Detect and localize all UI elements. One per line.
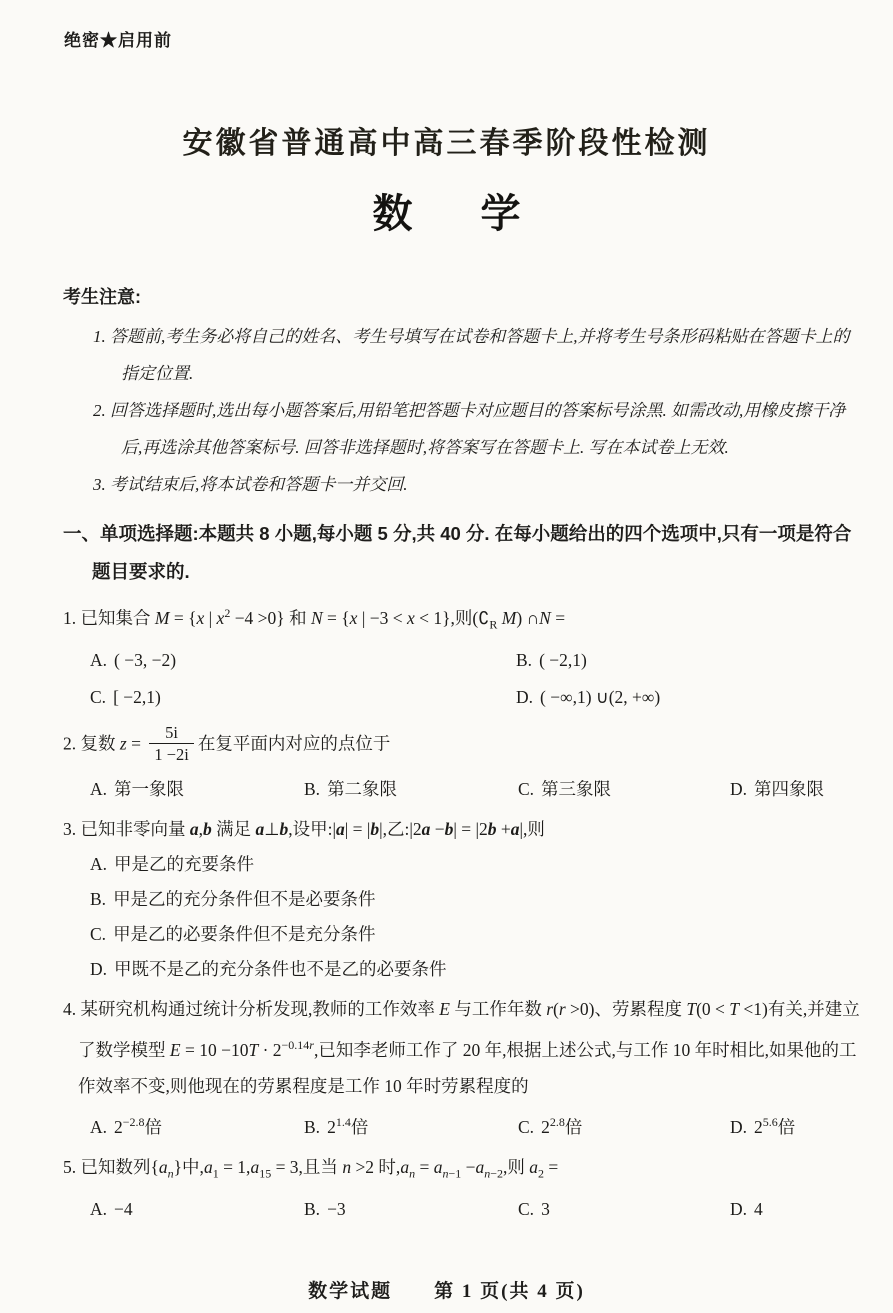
option-text: 甲是乙的必要条件但不是充分条件	[113, 924, 376, 944]
question-4: 4. 某研究机构通过统计分析发现,教师的工作效率 E 与工作年数 r(r >0)…	[63, 991, 866, 1145]
option-2-d: D.第四象限	[730, 771, 866, 807]
option-1-c: C.[ −2,1)	[90, 679, 516, 716]
option-text: 25.6倍	[754, 1117, 795, 1137]
question-5-stem: 5. 已知数列{an}中,a1 = 1,a15 = 3,且当 n >2 时,an…	[63, 1149, 866, 1192]
option-1-a: A.( −3, −2)	[90, 642, 516, 679]
question-5: 5. 已知数列{an}中,a1 = 1,a15 = 3,且当 n >2 时,an…	[63, 1149, 866, 1228]
option-2-c: C.第三象限	[518, 771, 730, 807]
page-footer: 数学试题 第 1 页(共 4 页)	[0, 1276, 893, 1303]
option-4-a: A.2−2.8倍	[90, 1104, 304, 1145]
option-text: 22.8倍	[541, 1117, 582, 1137]
option-label: C.	[90, 924, 106, 944]
classification-label: 绝密★启用前	[64, 26, 172, 51]
question-1: 1. 已知集合 M = {x | x2 −4 >0} 和 N = {x | −3…	[63, 595, 866, 716]
question-1-stem: 1. 已知集合 M = {x | x2 −4 >0} 和 N = {x | −3…	[63, 595, 866, 642]
option-3-c: C.甲是乙的必要条件但不是充分条件	[90, 917, 866, 952]
notice-item-1: 1. 答题前,考生务必将自己的姓名、考生号填写在试卷和答题卡上,并将考生号条形码…	[93, 318, 866, 392]
option-text: 甲是乙的充要条件	[114, 854, 254, 874]
option-1-b: B.( −2,1)	[516, 642, 866, 679]
option-label: D.	[730, 779, 747, 799]
option-5-b: B.−3	[304, 1191, 518, 1227]
question-4-stem: 4. 某研究机构通过统计分析发现,教师的工作效率 E 与工作年数 r(r >0)…	[63, 991, 866, 1104]
option-label: C.	[518, 1199, 534, 1219]
option-text: ( −2,1)	[539, 650, 587, 670]
option-text: ( −∞,1) ∪(2, +∞)	[540, 687, 660, 707]
option-label: B.	[304, 1117, 320, 1137]
question-3: 3. 已知非零向量 a,b 满足 a⊥b,设甲:|a| = |b|,乙:|2a …	[63, 811, 866, 987]
option-text: 第三象限	[541, 779, 611, 799]
subject-title: 数 学	[14, 182, 893, 239]
option-text: 2−2.8倍	[114, 1117, 162, 1137]
option-label: C.	[518, 779, 534, 799]
option-text: −4	[114, 1199, 133, 1219]
option-label: C.	[518, 1117, 534, 1137]
exam-paper-page: 绝密★启用前 安徽省普通高中高三春季阶段性检测 数 学 考生注意: 1. 答题前…	[0, 0, 893, 1313]
content-column: 考生注意: 1. 答题前,考生务必将自己的姓名、考生号填写在试卷和答题卡上,并将…	[63, 283, 866, 1227]
option-text: ( −3, −2)	[114, 650, 176, 670]
question-3-stem: 3. 已知非零向量 a,b 满足 a⊥b,设甲:|a| = |b|,乙:|2a …	[63, 811, 866, 847]
option-label: A.	[90, 779, 107, 799]
option-label: B.	[516, 650, 532, 670]
option-text: 第四象限	[754, 779, 824, 799]
question-2-stem: 2. 复数 z = 5i1 −2i在复平面内对应的点位于	[63, 720, 866, 771]
option-text: −3	[327, 1199, 346, 1219]
option-4-c: C.22.8倍	[518, 1104, 730, 1145]
option-label: D.	[90, 959, 107, 979]
option-4-d: D.25.6倍	[730, 1104, 866, 1145]
option-label: A.	[90, 854, 107, 874]
option-label: C.	[90, 687, 106, 707]
option-1-d: D.( −∞,1) ∪(2, +∞)	[516, 679, 866, 716]
question-3-options: A.甲是乙的充要条件 B.甲是乙的充分条件但不是必要条件 C.甲是乙的必要条件但…	[63, 847, 866, 987]
option-label: B.	[90, 889, 106, 909]
option-text: 甲既不是乙的充分条件也不是乙的必要条件	[114, 959, 447, 979]
section-heading: 一、单项选择题:本题共 8 小题,每小题 5 分,共 40 分. 在每小题给出的…	[63, 515, 866, 591]
question-1-options: A.( −3, −2) B.( −2,1) C.[ −2,1) D.( −∞,1…	[90, 642, 866, 716]
option-4-b: B.21.4倍	[304, 1104, 518, 1145]
option-label: A.	[90, 1117, 107, 1137]
option-3-b: B.甲是乙的充分条件但不是必要条件	[90, 882, 866, 917]
option-text: 3	[541, 1199, 550, 1219]
question-5-options: A.−4 B.−3 C.3 D.4	[90, 1191, 866, 1227]
option-text: 4	[754, 1199, 763, 1219]
notice-heading: 考生注意:	[63, 283, 866, 309]
option-text: 21.4倍	[327, 1117, 368, 1137]
option-2-b: B.第二象限	[304, 771, 518, 807]
question-2: 2. 复数 z = 5i1 −2i在复平面内对应的点位于 A.第一象限 B.第二…	[63, 720, 866, 807]
option-label: B.	[304, 1199, 320, 1219]
option-text: 甲是乙的充分条件但不是必要条件	[113, 889, 376, 909]
option-text: [ −2,1)	[113, 687, 161, 707]
option-text: 第一象限	[114, 779, 184, 799]
option-label: A.	[90, 1199, 107, 1219]
option-label: D.	[516, 687, 533, 707]
question-2-options: A.第一象限 B.第二象限 C.第三象限 D.第四象限	[90, 771, 866, 807]
option-2-a: A.第一象限	[90, 771, 304, 807]
option-label: D.	[730, 1199, 747, 1219]
option-label: D.	[730, 1117, 747, 1137]
option-5-a: A.−4	[90, 1191, 304, 1227]
exam-title: 安徽省普通高中高三春季阶段性检测	[0, 118, 893, 162]
option-label: A.	[90, 650, 107, 670]
option-5-c: C.3	[518, 1191, 730, 1227]
notice-item-3: 3. 考试结束后,将本试卷和答题卡一并交回.	[93, 466, 866, 503]
option-3-a: A.甲是乙的充要条件	[90, 847, 866, 882]
question-4-options: A.2−2.8倍 B.21.4倍 C.22.8倍 D.25.6倍	[90, 1104, 866, 1145]
option-3-d: D.甲既不是乙的充分条件也不是乙的必要条件	[90, 952, 866, 987]
option-text: 第二象限	[327, 779, 397, 799]
option-label: B.	[304, 779, 320, 799]
option-5-d: D.4	[730, 1191, 866, 1227]
notice-item-2: 2. 回答选择题时,选出每小题答案后,用铅笔把答题卡对应题目的答案标号涂黑. 如…	[93, 392, 866, 466]
